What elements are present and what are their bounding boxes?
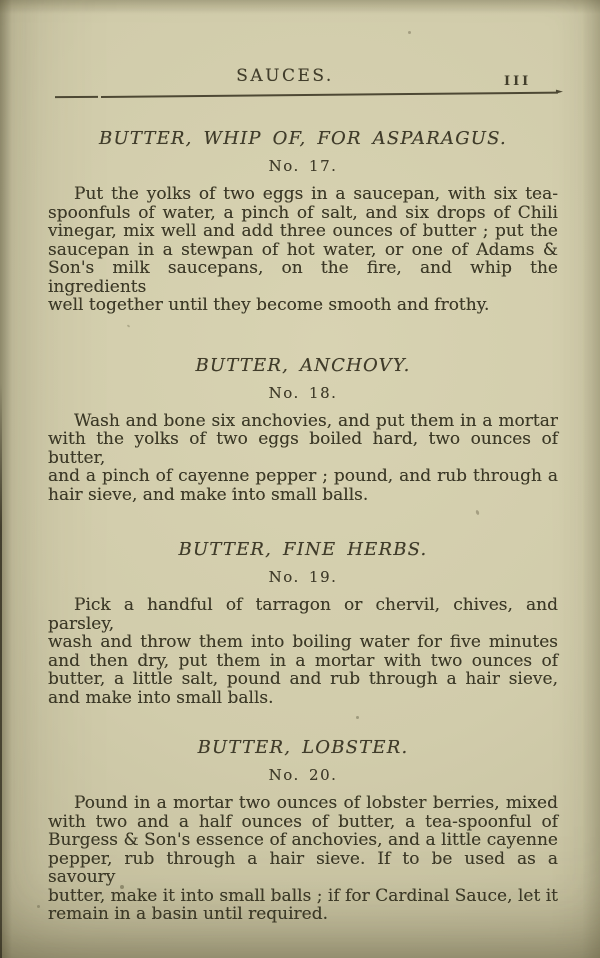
recipe-line: Put the yolks of two eggs in a saucepan,…: [48, 185, 558, 204]
recipe-number: No. 18.: [48, 384, 558, 402]
recipe-line: wash and throw them into boiling water f…: [48, 633, 558, 652]
recipe-section: BUTTER, ANCHOVY.No. 18.Wash and bone six…: [48, 355, 558, 505]
recipe-line: remain in a basin until required.: [48, 905, 558, 924]
scan-speck: [120, 885, 124, 889]
recipe-number: No. 19.: [48, 568, 558, 586]
recipe-paragraph: Pick a handful of tarragon or chervil, c…: [48, 596, 558, 707]
recipe-line: spoonfuls of water, a pinch of salt, and…: [48, 204, 558, 223]
running-header-title: SAUCES.: [0, 66, 570, 86]
recipe-line: and make into small balls.: [48, 689, 558, 708]
recipe-line: with the yolks of two eggs boiled hard, …: [48, 430, 558, 467]
header-rule-segment-left: [55, 96, 98, 98]
recipe-section: BUTTER, LOBSTER.No. 20.Pound in a mortar…: [48, 737, 558, 924]
page-number: III: [504, 74, 531, 89]
recipe-line: well together until they become smooth a…: [48, 296, 558, 315]
recipe-title: BUTTER, ANCHOVY.: [48, 355, 558, 377]
recipe-paragraph: Wash and bone six anchovies, and put the…: [48, 412, 558, 505]
recipe-line: with two and a half ounces of butter, a …: [48, 813, 558, 832]
page-edge-shadow: [0, 383, 2, 958]
recipe-line: saucepan in a stewpan of hot water, or o…: [48, 241, 558, 260]
recipe-number: No. 17.: [48, 157, 558, 175]
recipe-section: BUTTER, FINE HERBS.No. 19.Pick a handful…: [48, 539, 558, 707]
recipe-line: vinegar, mix well and add three ounces o…: [48, 222, 558, 241]
recipe-paragraph: Put the yolks of two eggs in a saucepan,…: [48, 185, 558, 315]
recipe-sections: BUTTER, WHIP OF, FOR ASPARAGUS.No. 17.Pu…: [48, 128, 558, 924]
scan-speck: [408, 31, 411, 34]
header-rule-segment-right: [101, 92, 558, 98]
scan-speck: [356, 716, 359, 719]
recipe-line: butter, make it into small balls ; if fo…: [48, 887, 558, 906]
scan-speck: [210, 478, 212, 480]
recipe-line: Wash and bone six anchovies, and put the…: [48, 412, 558, 431]
recipe-number: No. 20.: [48, 766, 558, 784]
recipe-line: Son's milk saucepans, on the fire, and w…: [48, 259, 558, 296]
recipe-line: pepper, rub through a hair sieve. If to …: [48, 850, 558, 887]
recipe-line: Pound in a mortar two ounces of lobster …: [48, 794, 558, 813]
recipe-line: hair sieve, and make into small balls.: [48, 486, 558, 505]
recipe-paragraph: Pound in a mortar two ounces of lobster …: [48, 794, 558, 924]
recipe-section: BUTTER, WHIP OF, FOR ASPARAGUS.No. 17.Pu…: [48, 128, 558, 315]
scanned-book-page: SAUCES. III BUTTER, WHIP OF, FOR ASPARAG…: [0, 0, 600, 958]
recipe-title: BUTTER, LOBSTER.: [48, 737, 558, 759]
recipe-line: Burgess & Son's essence of anchovies, an…: [48, 831, 558, 850]
recipe-line: and a pinch of cayenne pepper ; pound, a…: [48, 467, 558, 486]
recipe-line: and then dry, put them in a mortar with …: [48, 652, 558, 671]
recipe-line: Pick a handful of tarragon or chervil, c…: [48, 596, 558, 633]
recipe-line: butter, a little salt, pound and rub thr…: [48, 670, 558, 689]
recipe-title: BUTTER, FINE HERBS.: [48, 539, 558, 561]
scan-speck: [37, 905, 40, 908]
recipe-title: BUTTER, WHIP OF, FOR ASPARAGUS.: [48, 128, 558, 150]
